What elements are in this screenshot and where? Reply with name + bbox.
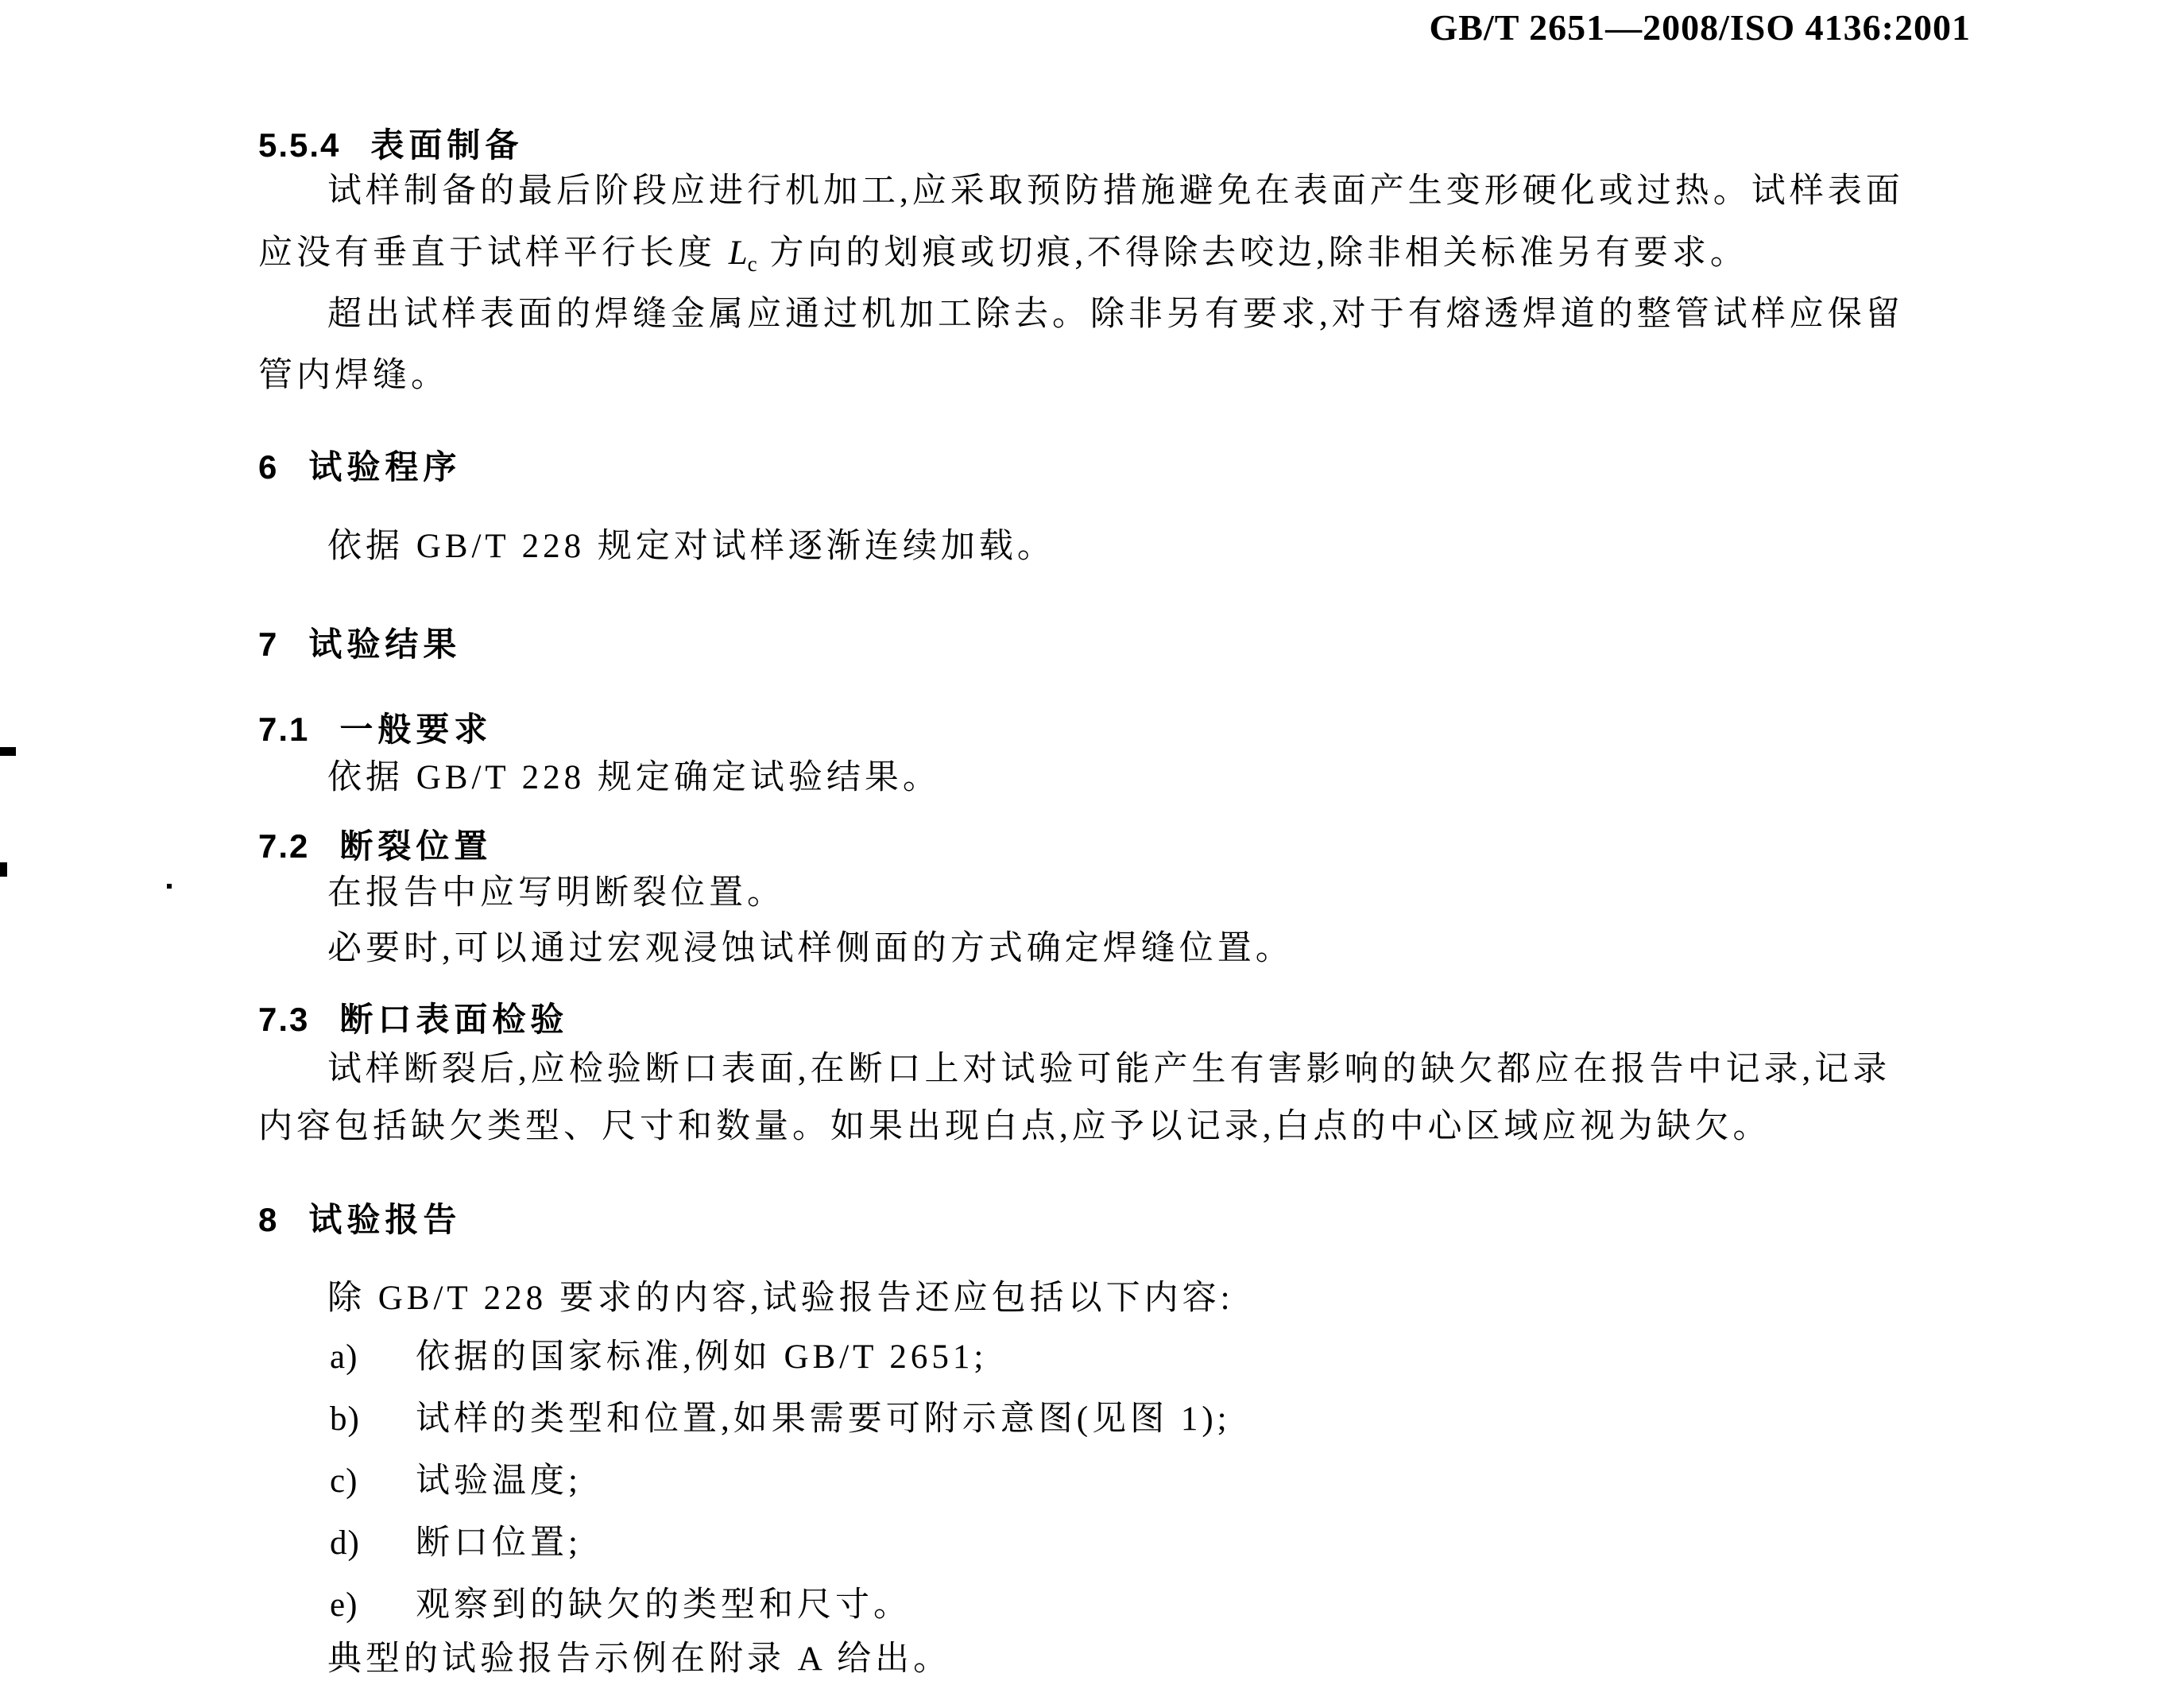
section-title: 断口表面检验 [339, 993, 568, 1041]
section-heading-8: 8 试验报告 [258, 1194, 461, 1241]
section-title: 一般要求 [339, 703, 492, 751]
paragraph-line: 内容包括缺欠类型、尺寸和数量。如果出现白点,应予以记录,白点的中心区域应视为缺欠… [258, 1106, 1771, 1148]
section-number: 7.3 [258, 1001, 309, 1039]
list-item-d: d) 断口位置; [330, 1523, 582, 1564]
paragraph-line: 试样断裂后,应检验断口表面,在断口上对试验可能产生有害影响的缺欠都应在报告中记录… [327, 1049, 1891, 1090]
list-text: 依据的国家标准,例如 GB/T 2651; [416, 1337, 987, 1378]
paragraph-line: 典型的试验报告示例在附录 A 给出。 [327, 1639, 951, 1680]
paragraph-line: 依据 GB/T 228 规定对试样逐渐连续加载。 [327, 526, 1055, 567]
section-heading-7-2: 7.2 断裂位置 [258, 820, 492, 868]
paragraph-line: 应没有垂直于试样平行长度 Lc 方向的划痕或切痕,不得除去咬边,除非相关标准另有… [258, 233, 1748, 277]
paragraph-line: 依据 GB/T 228 规定确定试验结果。 [327, 757, 941, 799]
list-item-a: a) 依据的国家标准,例如 GB/T 2651; [330, 1337, 987, 1378]
section-title: 试验程序 [308, 441, 461, 489]
section-number: 7 [258, 625, 278, 664]
list-text: 断口位置; [416, 1523, 582, 1564]
paragraph-line: 管内焊缝。 [258, 355, 449, 397]
section-title: 试验报告 [308, 1194, 461, 1241]
section-heading-7: 7 试验结果 [258, 618, 461, 666]
paragraph-line: 试样制备的最后阶段应进行机加工,应采取预防措施避免在表面产生变形硬化或过热。试样… [327, 171, 1904, 212]
section-heading-7-1: 7.1 一般要求 [258, 703, 492, 751]
section-number: 8 [258, 1201, 278, 1239]
list-marker: e) [330, 1585, 416, 1626]
paragraph-text: 应没有垂直于试样平行长度 [258, 234, 729, 272]
section-heading-6: 6 试验程序 [258, 441, 461, 489]
section-heading-5-5-4: 5.5.4 表面制备 [258, 119, 523, 167]
section-heading-7-3: 7.3 断口表面检验 [258, 993, 568, 1041]
list-marker: a) [330, 1337, 416, 1378]
variable-subscript: c [748, 252, 757, 276]
list-text: 试验温度; [416, 1461, 582, 1502]
section-title: 断裂位置 [339, 820, 492, 868]
paragraph-line: 在报告中应写明断裂位置。 [327, 873, 785, 914]
section-number: 7.2 [258, 827, 309, 866]
section-number: 6 [258, 448, 278, 486]
list-marker: d) [330, 1523, 416, 1564]
paragraph-text: 方向的划痕或切痕,不得除去咬边,除非相关标准另有要求。 [757, 234, 1748, 272]
scan-artifact-mark [0, 862, 7, 877]
document-page: GB/T 2651—2008/ISO 4136:2001 5.5.4 表面制备 … [0, 0, 2179, 1708]
section-title: 试验结果 [308, 618, 461, 666]
scan-artifact-mark [0, 747, 16, 756]
paragraph-line: 除 GB/T 228 要求的内容,试验报告还应包括以下内容: [327, 1278, 1234, 1319]
standard-code: GB/T 2651—2008/ISO 4136:2001 [1430, 6, 1971, 48]
variable-symbol: L [729, 234, 748, 272]
scan-artifact-dot [167, 884, 172, 889]
paragraph-line: 必要时,可以通过宏观浸蚀试样侧面的方式确定焊缝位置。 [327, 928, 1294, 970]
section-number: 7.1 [258, 711, 309, 749]
list-marker: c) [330, 1461, 416, 1502]
paragraph-line: 超出试样表面的焊缝金属应通过机加工除去。除非另有要求,对于有熔透焊道的整管试样应… [327, 294, 1904, 335]
list-item-c: c) 试验温度; [330, 1461, 582, 1502]
list-marker: b) [330, 1399, 416, 1440]
section-title: 表面制备 [370, 119, 523, 167]
list-item-b: b) 试样的类型和位置,如果需要可附示意图(见图 1); [330, 1399, 1231, 1440]
list-text: 观察到的缺欠的类型和尺寸。 [416, 1585, 911, 1626]
section-number: 5.5.4 [258, 126, 340, 165]
list-item-e: e) 观察到的缺欠的类型和尺寸。 [330, 1585, 911, 1626]
list-text: 试样的类型和位置,如果需要可附示意图(见图 1); [416, 1399, 1231, 1440]
